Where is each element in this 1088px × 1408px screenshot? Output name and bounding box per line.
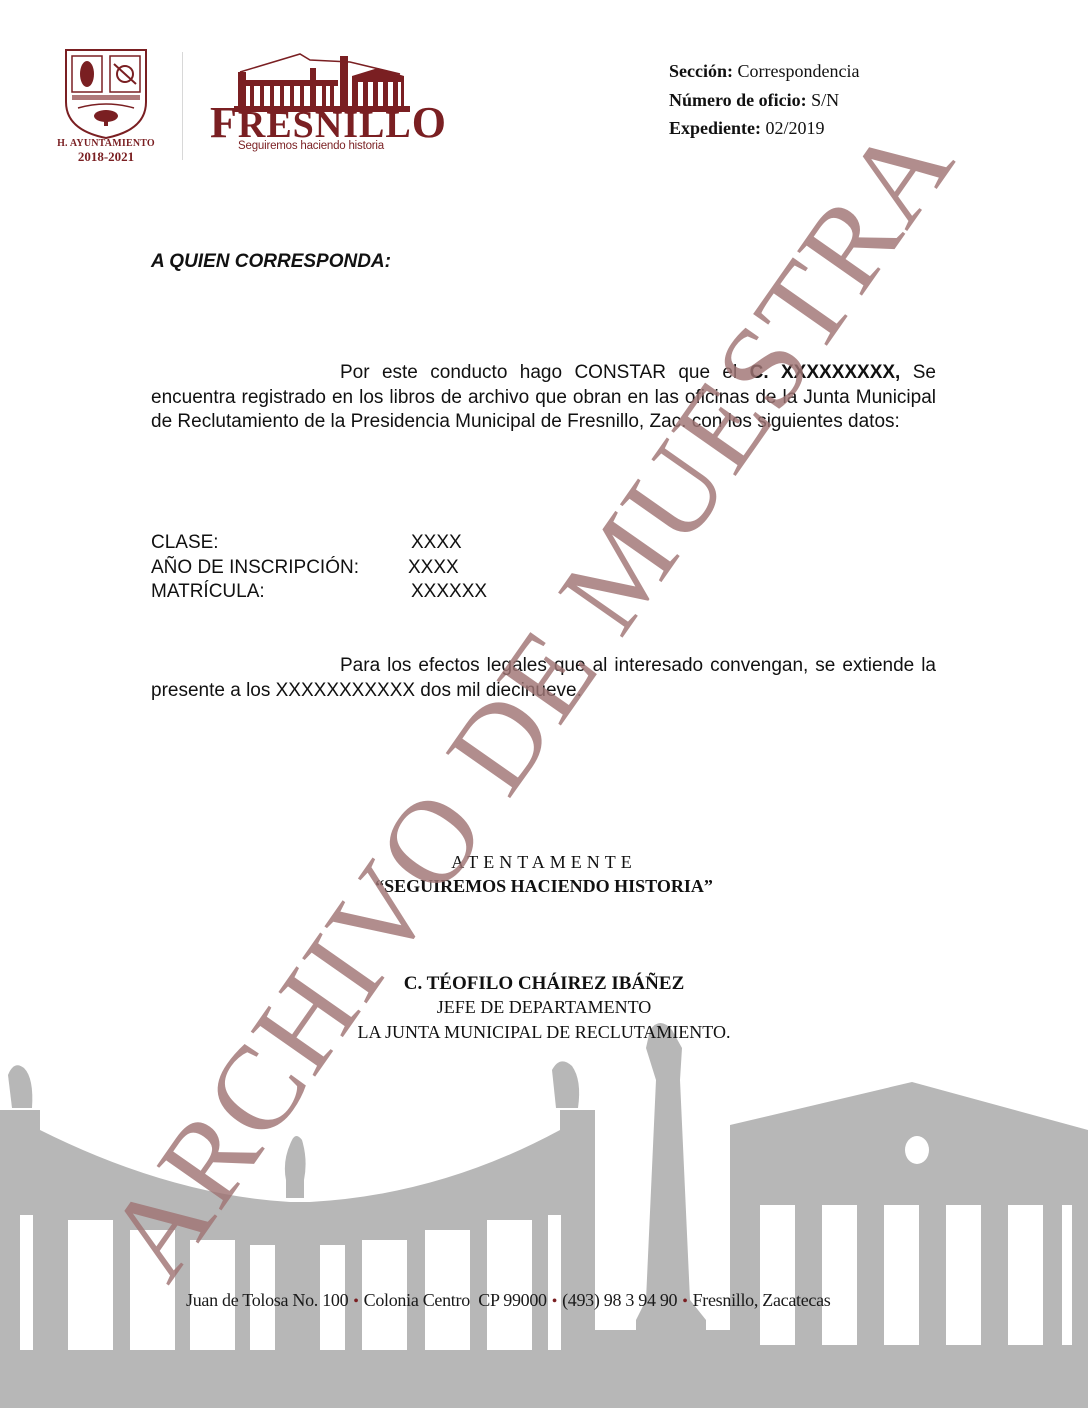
footer-contact: Juan de Tolosa No. 100•Colonia Centro CP… [186, 1290, 831, 1311]
footer-phone: (493) 98 3 94 90 [562, 1290, 677, 1310]
emblem-label-ayuntamiento: H. AYUNTAMIENTO [52, 138, 160, 149]
city-skyline-silhouette-icon [0, 1020, 1088, 1408]
brand-tagline: Seguiremos haciendo historia [236, 140, 386, 152]
brand-name: FRESNILLO [210, 104, 422, 144]
bullet-icon: • [552, 1293, 557, 1310]
closing-salutation: ATENTAMENTE [0, 852, 1088, 873]
meta-file-number: Expediente: 02/2019 [669, 114, 859, 143]
footer-city: Fresnillo, Zacatecas [693, 1290, 831, 1310]
bullet-icon: • [353, 1293, 358, 1310]
signatory-name: C. TÉOFILO CHÁIREZ IBÁÑEZ [0, 973, 1088, 995]
data-row-clase: CLASE:XXXX [151, 531, 359, 556]
signatory-title: JEFE DE DEPARTAMENTO [0, 997, 1088, 1018]
document-page: H. AYUNTAMIENTO 2018-2021 [0, 0, 1088, 1408]
citizen-name: C. XXXXXXXXX, [750, 362, 901, 383]
certification-paragraph: Por este conducto hago CONSTAR que el C.… [151, 361, 936, 435]
emblem-label-period: 2018-2021 [52, 149, 160, 165]
data-row-matricula: MATRÍCULA:XXXXXX [151, 580, 359, 605]
header-divider [182, 52, 183, 160]
registration-data: CLASE:XXXX AÑO DE INSCRIPCIÓN:XXXX MATRÍ… [151, 531, 359, 605]
bullet-icon: • [682, 1293, 687, 1310]
meta-office-number: Número de oficio: S/N [669, 86, 859, 115]
footer-colony: Colonia Centro CP 99000 [364, 1290, 547, 1310]
data-row-anio-inscripcion: AÑO DE INSCRIPCIÓN:XXXX [151, 556, 359, 581]
document-meta: Sección: Correspondencia Número de ofici… [669, 57, 859, 143]
closing-paragraph: Para los efectos legales que al interesa… [151, 654, 936, 703]
meta-section: Sección: Correspondencia [669, 57, 859, 86]
footer-address: Juan de Tolosa No. 100 [186, 1290, 348, 1310]
salutation: A QUIEN CORRESPONDA: [151, 251, 391, 273]
motto: “SEGUIREMOS HACIENDO HISTORIA” [0, 876, 1088, 897]
signatory-department: LA JUNTA MUNICIPAL DE RECLUTAMIENTO. [0, 1022, 1088, 1043]
